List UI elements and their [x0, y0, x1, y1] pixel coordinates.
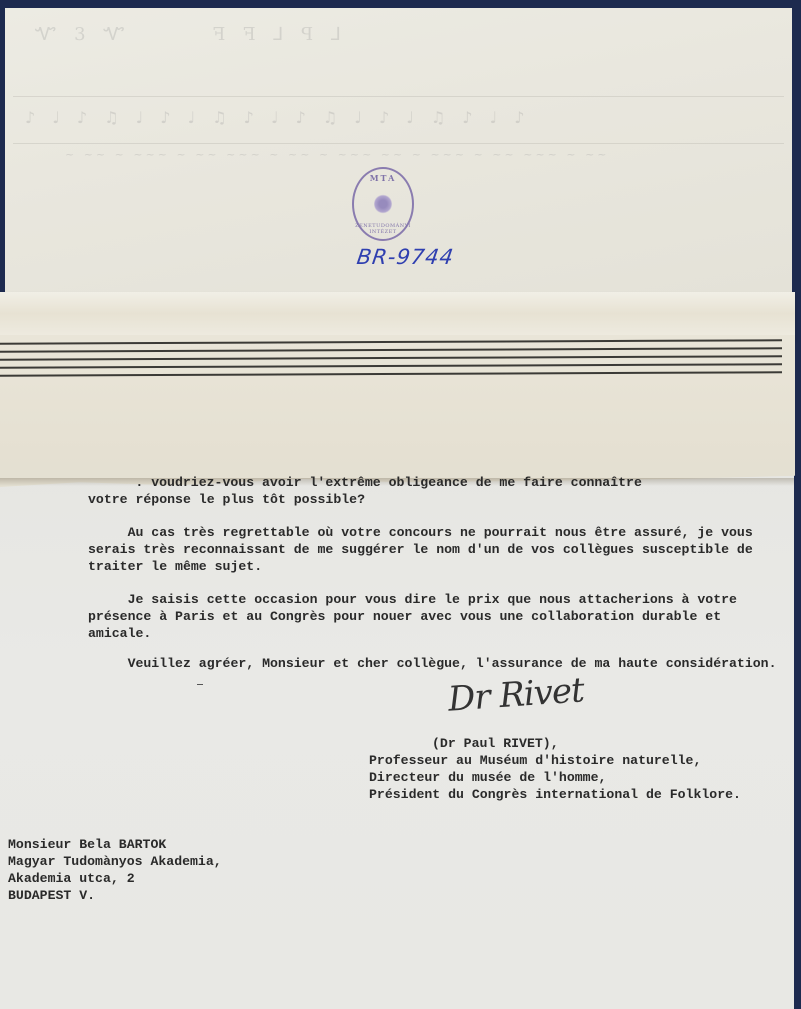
stamp-ring-text: ZENETUDOMÁNYI INTÉZET — [354, 223, 412, 235]
staff-line — [0, 363, 782, 368]
staff-line — [0, 355, 782, 360]
stamp-top-text: MTA — [354, 173, 412, 183]
coat-of-arms-icon — [374, 194, 392, 214]
institution-stamp: MTA ZENETUDOMÁNYI INTÉZET — [352, 167, 414, 241]
letter-line: serais très reconnaissant de me suggérer… — [88, 541, 753, 558]
signatory-title: Professeur au Muséum d'histoire naturell… — [369, 752, 701, 769]
letter-closing: Veuillez agréer, Monsieur et cher collèg… — [88, 655, 777, 672]
letter-line: traiter le même sujet. — [88, 558, 262, 575]
typed-mark — [197, 684, 203, 685]
recipient-address-line: BUDAPEST V. — [8, 887, 95, 904]
bleed-through-marks: Ꮙ 3 Ꮙ ꟻ ꟻ ⅃ ꟼ ⅃ — [35, 24, 347, 45]
letter-line: Je saisis cette occasion pour vous dire … — [88, 591, 737, 608]
signatory-title: Directeur du musée de l'homme, — [369, 769, 606, 786]
staff-line — [0, 371, 782, 376]
recipient-name: Monsieur Bela BARTOK — [8, 836, 166, 853]
letter-line-partial: . voudriez-vous avoir l'extrême obligean… — [80, 474, 642, 491]
paper-fold — [0, 292, 795, 340]
scanned-document: Ꮙ 3 Ꮙ ꟻ ꟻ ⅃ ꟼ ⅃ ♪ ♩ ♪ ♫ ♩ ♪ ♩ ♫ ♪ ♩ ♪ ♫ … — [0, 0, 801, 1009]
recipient-address-line: Akademia utca, 2 — [8, 870, 135, 887]
staff-line — [0, 339, 782, 344]
signatory-title: Président du Congrès international de Fo… — [369, 786, 741, 803]
bleed-through-notes: ♪ ♩ ♪ ♫ ♩ ♪ ♩ ♫ ♪ ♩ ♪ ♫ ♩ ♪ ♩ ♫ ♪ ♩ ♪ — [25, 108, 530, 127]
letter-line: amicale. — [88, 625, 151, 642]
bleed-through-lyrics: ~ ~~ ~ ~~~ ~ ~~ ~~~ ~ ~~ ~ ~~~ ~~ ~ ~~~ … — [65, 148, 610, 161]
letter-line: votre réponse le plus tôt possible? — [88, 491, 365, 508]
music-staff — [0, 341, 782, 381]
signatory-name: (Dr Paul RIVET), — [432, 735, 559, 752]
recipient-address-line: Magyar Tudomànyos Akademia, — [8, 853, 222, 870]
catalog-number: BR-9744 — [355, 245, 455, 269]
letter-line: Au cas très regrettable où votre concour… — [88, 524, 753, 541]
letter-line: présence à Paris et au Congrès pour noue… — [88, 608, 721, 625]
music-paper-overlay — [0, 335, 795, 495]
staff-line — [0, 347, 782, 352]
